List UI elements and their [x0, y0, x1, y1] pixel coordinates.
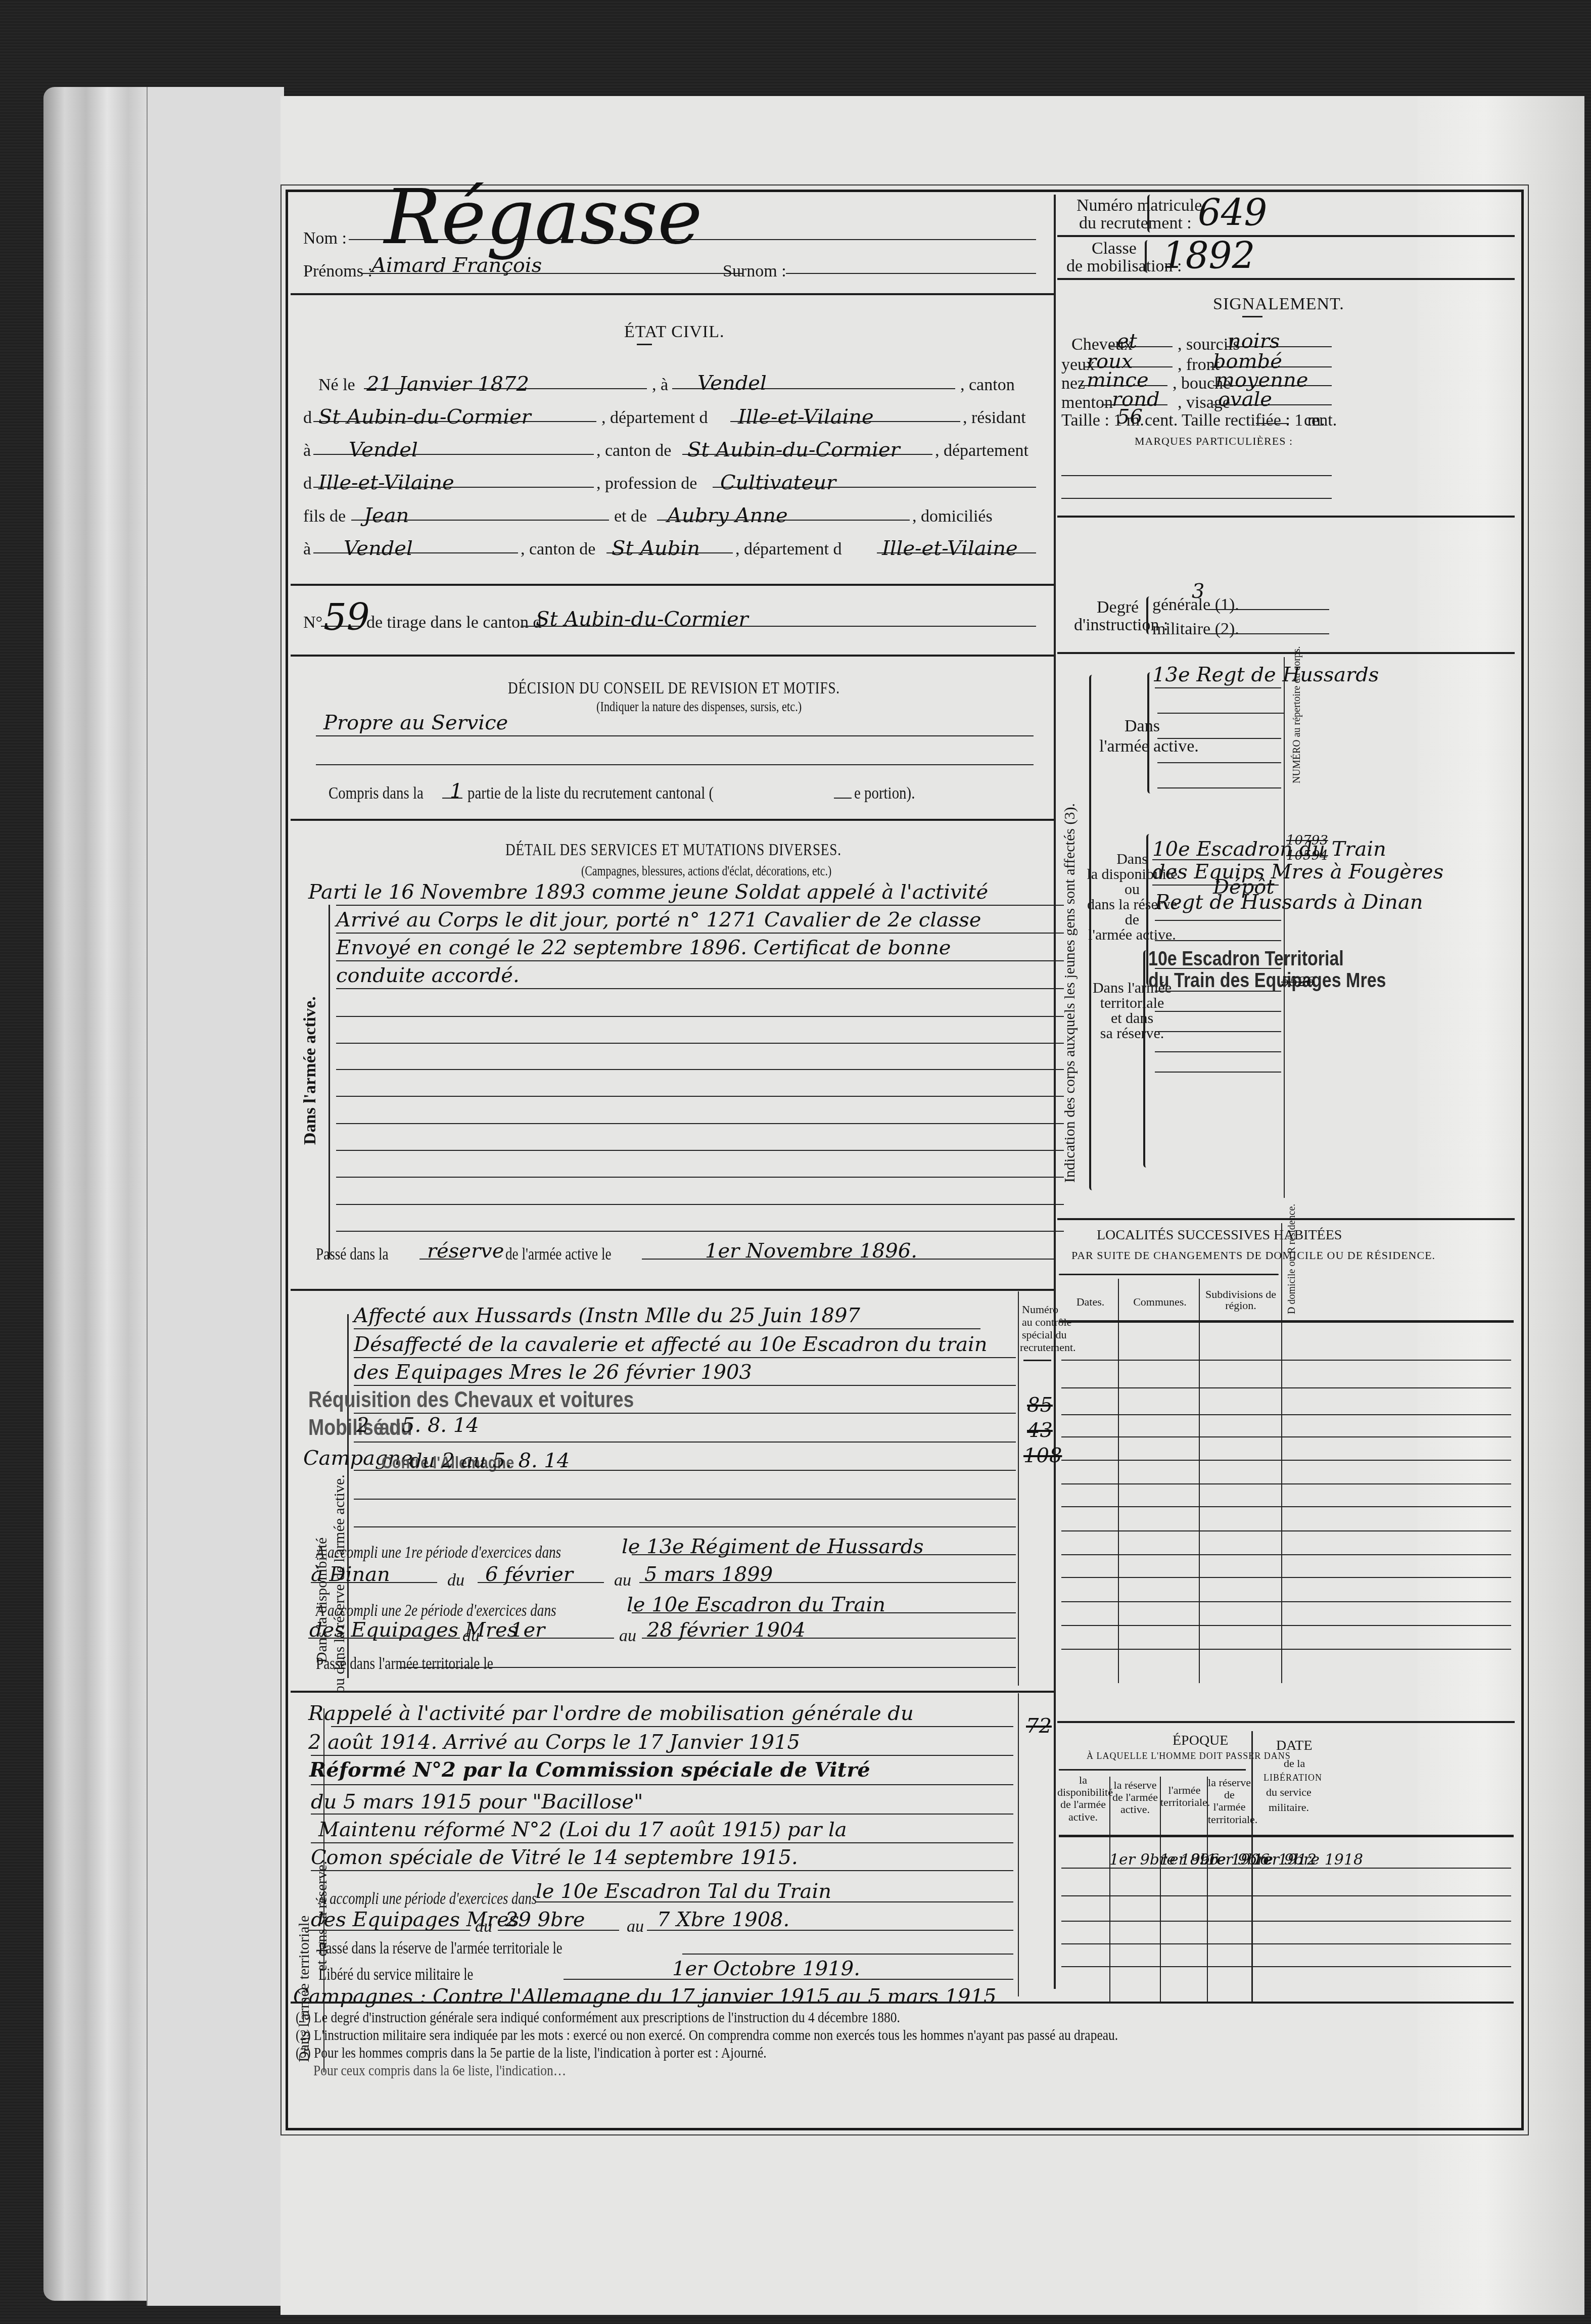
territorial-stamp-2: du Train des Equipages Mres	[1148, 969, 1386, 992]
birth-place: Vendel	[697, 373, 767, 393]
footnote-2: (2) L'instruction militaire sera indiqué…	[296, 2027, 1118, 2044]
ne-le-label: Né le	[318, 377, 355, 394]
reserve-line-3: des Equipages Mres le 26 février 1903	[354, 1362, 752, 1382]
passe-reserve-territoriale-label: Passé dans la réserve de l'armée territo…	[318, 1940, 563, 1957]
localites-col-domicile: D domicile ou R résidence.	[1286, 1204, 1298, 1314]
territoriale-periode-unit: le 10e Escadron Tal du Train	[536, 1881, 831, 1901]
tirage-no-label: N°	[303, 614, 322, 631]
periode2-du: 1er	[510, 1620, 545, 1640]
taille-rectifiee-label: cent. Taille rectifiée : 1 m.	[1145, 412, 1325, 429]
service-line-2: Arrivé au Corps le dit jour, porté n° 12…	[336, 910, 981, 930]
libere-label: Libéré du service militaire le	[318, 1966, 473, 1983]
services-title: DÉTAIL DES SERVICES ET MUTATIONS DIVERSE…	[505, 842, 841, 859]
departement-label: , département d	[601, 409, 708, 427]
localites-col-subdivisions: Subdivisions de région.	[1200, 1289, 1281, 1311]
disponibilite-line-1: 10e Escadron du Train	[1152, 839, 1386, 859]
epoque-col-disponibilite: la disponibilité de l'armée active.	[1057, 1774, 1109, 1823]
disponibilite-number-1: 10793	[1286, 834, 1328, 847]
periode1-place: à Dinan	[311, 1564, 390, 1585]
prenoms-value: Aimard François	[371, 255, 542, 275]
service-line-1: Parti le 16 Novembre 1893 comme jeune So…	[308, 882, 988, 902]
tirage-number: 59	[323, 599, 370, 635]
territoriale-line-2: 2 août 1914. Arrivé au Corps le 17 Janvi…	[308, 1732, 800, 1752]
liberation-header-1: DATE	[1276, 1739, 1313, 1753]
controle-value-1: 85	[1027, 1395, 1053, 1415]
periode1-du: 6 février	[485, 1564, 573, 1585]
periode2-du-label: du	[462, 1628, 480, 1645]
liberation-date: 1er 9bre 1918	[1253, 1852, 1363, 1868]
liberation-header-5: militaire.	[1269, 1802, 1309, 1813]
domicile-a-label: à	[303, 541, 311, 558]
territoriale-periode-au-label: au	[627, 1918, 644, 1935]
birth-date: 21 Janvier 1872	[366, 374, 529, 394]
surnom-label: Surnom :	[723, 263, 786, 280]
active-corps-value: 13e Regt de Hussards	[1152, 665, 1379, 685]
territoriale-periode-du: 29 9bre	[505, 1910, 585, 1930]
corps-side-label: Indication des corps auxquels les jeunes…	[1061, 803, 1079, 1183]
territoriale-label-4: sa réserve.	[1087, 1026, 1178, 1041]
etat-civil-title: ÉTAT CIVIL.	[624, 323, 724, 341]
active-label-2: l'armée active.	[1099, 738, 1185, 755]
services-side-label: Dans l'armée active.	[301, 996, 320, 1145]
residence-departement: Ille-et-Vilaine	[318, 473, 454, 493]
canton-label: , canton	[960, 377, 1015, 394]
book-edge	[43, 87, 150, 2301]
reserve-line-1: Affecté aux Hussards (Instn Mlle du 25 J…	[354, 1306, 860, 1326]
visage-value: ovale	[1218, 389, 1272, 409]
compris-label-2: partie de la liste du recrutement canton…	[467, 785, 714, 802]
column-separator	[1054, 195, 1056, 1989]
requisition-stamp: Réquisition des Chevaux et voitures	[308, 1387, 634, 1413]
numero-repertoire-label: NUMÉRO au répertoire du corps.	[1291, 646, 1303, 783]
passe-reserve-value: réserve	[427, 1241, 504, 1261]
localites-title: LOCALITÉS SUCCESSIVES HABITÉES	[1097, 1228, 1342, 1242]
taille-value: 56	[1117, 407, 1143, 427]
au-stamp: au	[379, 1415, 401, 1440]
passe-reserve-date: 1er Novembre 1896.	[705, 1241, 917, 1261]
decision-subtitle: (Indiquer la nature des dispenses, sursi…	[596, 700, 802, 714]
epoque-title: ÉPOQUE	[1173, 1734, 1228, 1748]
territorial-stamp-1: 10e Escadron Territorial	[1148, 948, 1344, 970]
canton-prefix: d	[303, 409, 312, 427]
marques-label: MARQUES PARTICULIÈRES :	[1135, 436, 1293, 447]
periode2-place: des Equipages Mres	[309, 1620, 518, 1640]
residant-a-label: à	[303, 442, 311, 459]
services-subtitle: (Campagnes, blessures, actions d'éclat, …	[581, 864, 831, 878]
parents-canton: St Aubin	[612, 538, 700, 559]
signalement-title: SIGNALEMENT.	[1213, 296, 1344, 313]
fils-de-label: fils de	[303, 508, 346, 525]
footnote-3: (3) Pour les hommes compris dans la 5e p…	[296, 2044, 767, 2062]
periode1-du-label: du	[447, 1572, 464, 1589]
controle-header-1: Numéro	[1022, 1304, 1057, 1315]
epoque-subtitle: À LAQUELLE L'HOMME DOIT PASSER DANS	[1087, 1751, 1291, 1760]
epoque-col-territoriale: l'armée territoriale.	[1160, 1784, 1208, 1808]
territoriale-periode-label: A accompli une période d'exercices dans	[318, 1890, 537, 1908]
passe-territoriale-label: Passé dans l'armée territoriale le	[316, 1655, 493, 1672]
domicilies-label: , domiciliés	[912, 508, 993, 525]
disponibilite-line-4: Regt de Hussards à Dinan	[1155, 892, 1423, 912]
birth-canton: St Aubin-du-Cormier	[318, 407, 531, 427]
disponibilite-number-2: 10594	[1286, 849, 1328, 862]
menton-label: menton	[1061, 394, 1113, 411]
compris-label: Compris dans la	[329, 785, 424, 802]
residant-canton-label: , canton de	[596, 442, 671, 459]
residant-dept-prefix: d	[303, 475, 312, 492]
sourcils-value: noirs	[1228, 331, 1280, 351]
territoriale-line-6: Comon spéciale de Vitré le 14 septembre …	[311, 1847, 798, 1868]
territoriale-label-2: territoriale	[1087, 996, 1178, 1011]
liberation-header-4: du service	[1266, 1787, 1312, 1798]
portion-label: e portion).	[854, 785, 915, 802]
territorial-number: 5526	[1281, 975, 1315, 989]
et-de-label: et de	[614, 508, 647, 525]
profession-label: , profession de	[596, 475, 697, 492]
nez-label: nez	[1061, 375, 1085, 392]
campagnes-line: Campagnes : Contre l'Allemagne du 17 jan…	[293, 1986, 996, 2007]
domicile-canton-label: , canton de	[521, 541, 595, 558]
mobilise-from: 2	[356, 1415, 369, 1435]
tirage-canton: St Aubin-du-Cormier	[536, 609, 748, 629]
residence-commune: Vendel	[349, 440, 418, 460]
libere-value: 1er Octobre 1919.	[672, 1959, 860, 1979]
periode1-label: A accompli une 1re période d'exercices d…	[316, 1544, 561, 1561]
profession-value: Cultivateur	[720, 473, 836, 493]
periode2-unit: le 10e Escadron du Train	[627, 1595, 885, 1615]
tirage-label: de tirage dans le canton d	[366, 614, 541, 631]
service-line-4: conduite accordé.	[336, 965, 520, 986]
matricule-number: 649	[1198, 195, 1267, 231]
territoriale-label-3: et dans	[1087, 1011, 1178, 1026]
periode1-unit: le 13e Régiment de Hussards	[622, 1537, 924, 1557]
residant-label: , résidant	[963, 409, 1026, 427]
compris-value: 1	[450, 781, 462, 801]
territoriale-periode-du-label: du	[475, 1918, 492, 1935]
epoque-col-reserve-territoriale: la réserve de l'armée territoriale.	[1208, 1777, 1251, 1826]
decision-value: Propre au Service	[323, 713, 508, 733]
mother-name: Aubry Anne	[667, 505, 788, 526]
instruction-label-1: Degré	[1097, 599, 1139, 616]
parents-departement: Ille-et-Vilaine	[882, 538, 1018, 559]
nom-label: Nom :	[303, 230, 347, 247]
classe-label-1: Classe	[1092, 240, 1137, 257]
territoriale-line-3: Réformé N°2 par la Commission spéciale d…	[309, 1760, 870, 1780]
father-name: Jean	[364, 505, 409, 526]
periode1-au-label: au	[614, 1572, 631, 1589]
territoriale-controle-value: 72	[1026, 1716, 1052, 1736]
page-flap	[147, 87, 284, 2306]
territoriale-line-1: Rappelé à l'activité par l'ordre de mobi…	[308, 1703, 914, 1724]
a-label: , à	[652, 377, 668, 394]
localites-col-dates: Dates.	[1059, 1296, 1122, 1308]
birth-departement: Ille-et-Vilaine	[738, 407, 874, 427]
cheveux-value: et	[1117, 331, 1137, 351]
territoriale-line-5: Maintenu réformé N°2 (Loi du 17 août 191…	[318, 1820, 847, 1840]
instruction-militaire-label: militaire (2).	[1152, 621, 1239, 638]
residence-canton: St Aubin-du-Cormier	[687, 440, 900, 460]
epoque-col-reserve-active: la réserve de l'armée active.	[1110, 1779, 1160, 1816]
periode2-au-label: au	[619, 1628, 636, 1645]
active-label-1: Dans	[1099, 718, 1185, 735]
nom-value: Régasse	[384, 179, 703, 255]
nez-value: mince	[1087, 370, 1149, 390]
controle-header-3: spécial du	[1022, 1329, 1057, 1340]
controle-header-2: au contrôle	[1022, 1317, 1057, 1328]
campagne-dates: du 2 au 5. 8. 14	[409, 1451, 570, 1471]
residant-departement-label: , département	[935, 442, 1028, 459]
passe-label: Passé dans la	[316, 1246, 389, 1263]
controle-header-4: recrutement.	[1020, 1342, 1060, 1353]
parents-commune: Vendel	[344, 538, 413, 559]
mobilise-to: 5. 8. 14	[402, 1415, 479, 1435]
domicile-departement-label: , département d	[735, 541, 842, 558]
liberation-header-3: LIBÉRATION	[1264, 1773, 1322, 1782]
bouche-value: moyenne	[1215, 370, 1308, 390]
territoriale-line-4: du 5 mars 1915 pour "Bacillose"	[311, 1792, 643, 1812]
taille-cent-label: cent.	[1304, 412, 1337, 429]
controle-value-2: 43	[1027, 1420, 1053, 1440]
prenoms-label: Prénoms :	[303, 263, 372, 280]
service-line-3: Envoyé en congé le 22 septembre 1896. Ce…	[336, 938, 951, 958]
matricule-label-2: du recrutement :	[1079, 215, 1192, 232]
disponibilite-line-2: des Equips Mres à Fougères	[1152, 862, 1443, 882]
decision-title: DÉCISION DU CONSEIL DE REVISION ET MOTIF…	[508, 680, 840, 697]
liberation-header-2: de la	[1284, 1758, 1305, 1769]
localites-col-communes: Communes.	[1119, 1296, 1200, 1308]
classe-value: 1892	[1162, 238, 1255, 274]
controle-value-3: 108	[1023, 1446, 1062, 1466]
passe-label-2: de l'armée active le	[505, 1246, 612, 1263]
footnote-4: Pour ceux compris dans la 6e liste, l'in…	[313, 2062, 566, 2079]
periode1-au: 5 mars 1899	[644, 1564, 773, 1585]
reserve-line-2: Désaffecté de la cavalerie et affecté au…	[354, 1334, 988, 1355]
territoriale-periode-au: 7 Xbre 1908.	[657, 1910, 789, 1930]
periode2-label: A accompli une 2e période d'exercices da…	[316, 1602, 556, 1619]
localites-subtitle: PAR SUITE DE CHANGEMENTS DE DOMICILE OU …	[1071, 1250, 1435, 1261]
matricule-label-1: Numéro matricule	[1077, 197, 1202, 214]
footnote-1: (1) Le degré d'instruction générale sera…	[296, 2009, 900, 2026]
instruction-generale-value: 3	[1192, 581, 1204, 601]
periode2-au: 28 février 1904	[647, 1620, 806, 1640]
